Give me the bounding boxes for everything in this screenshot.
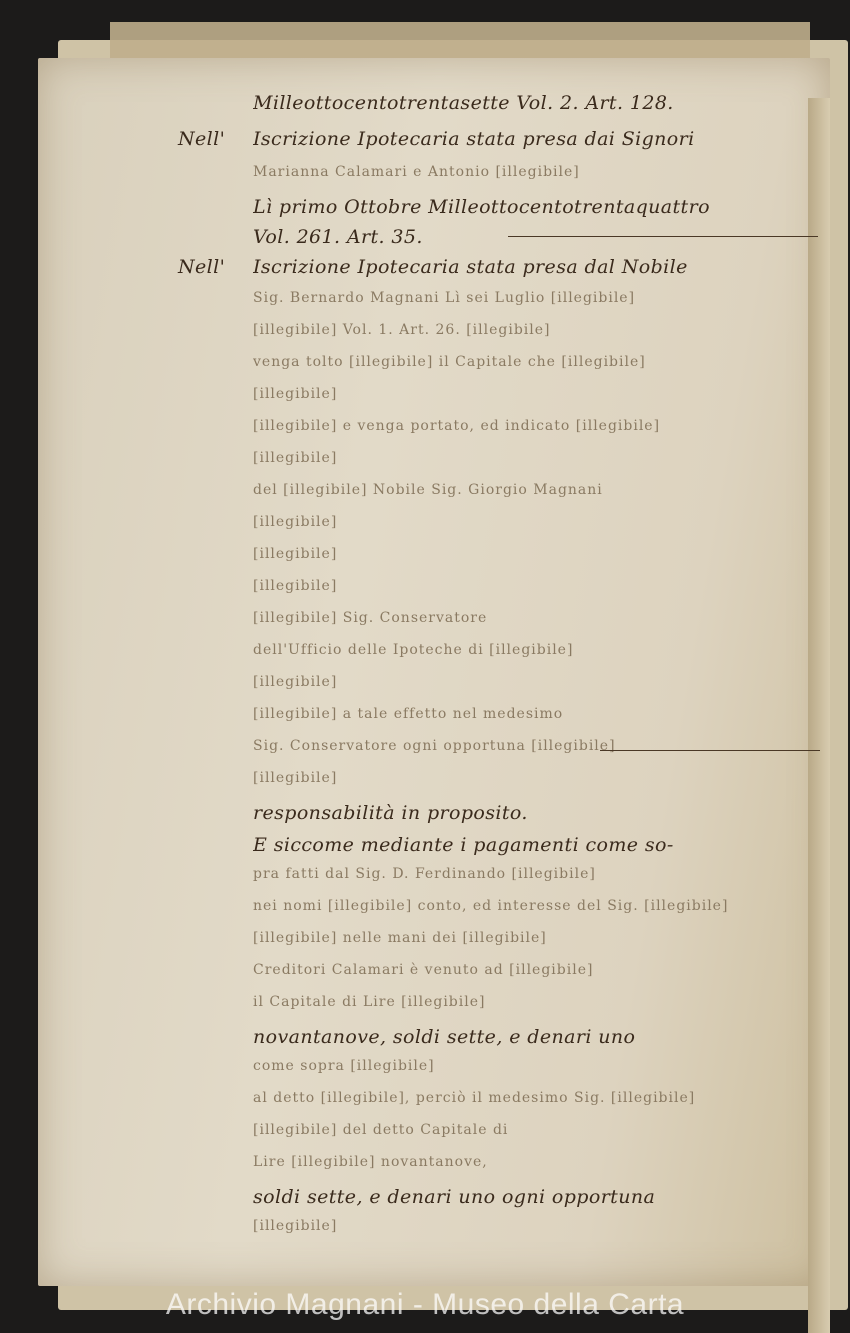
manuscript-line: Vol. 261. Art. 35. <box>38 226 830 256</box>
manuscript-line: Nell'Iscrizione Ipotecaria stata presa d… <box>38 256 830 286</box>
top-paper-strip <box>110 22 810 62</box>
line-text: [illegibile] <box>253 674 826 690</box>
ruled-line <box>508 236 818 237</box>
manuscript-line: Marianna Calamari e Antonio [illegibile] <box>38 164 830 194</box>
manuscript-line: [illegibile] <box>38 674 830 704</box>
line-text: Creditori Calamari è venuto ad [illegibi… <box>253 962 826 978</box>
line-text: del [illegibile] Nobile Sig. Giorgio Mag… <box>253 482 826 498</box>
line-text: Lì primo Ottobre Milleottocentotrentaqua… <box>253 196 826 218</box>
manuscript-line: come sopra [illegibile] <box>38 1058 830 1088</box>
ruled-line <box>600 750 820 751</box>
line-text: dell'Ufficio delle Ipoteche di [illegibi… <box>253 642 826 658</box>
archive-watermark: Archivio Magnani - Museo della Carta <box>0 1288 850 1322</box>
line-text: Iscrizione Ipotecaria stata presa dai Si… <box>253 128 826 150</box>
manuscript-line: al detto [illegibile], perciò il medesim… <box>38 1090 830 1120</box>
manuscript-line: E siccome mediante i pagamenti come so- <box>38 834 830 864</box>
line-text: pra fatti dal Sig. D. Ferdinando [illegi… <box>253 866 826 882</box>
manuscript-line: dell'Ufficio delle Ipoteche di [illegibi… <box>38 642 830 672</box>
line-text: come sopra [illegibile] <box>253 1058 826 1074</box>
line-text: E siccome mediante i pagamenti come so- <box>253 834 826 856</box>
line-text: Marianna Calamari e Antonio [illegibile] <box>253 164 826 180</box>
manuscript-line: Milleottocentotrentasette Vol. 2. Art. 1… <box>38 92 830 122</box>
line-text: [illegibile] <box>253 450 826 466</box>
manuscript-line: Creditori Calamari è venuto ad [illegibi… <box>38 962 830 992</box>
line-text: Sig. Conservatore ogni opportuna [illegi… <box>253 738 826 754</box>
manuscript-line: [illegibile] a tale effetto nel medesimo <box>38 706 830 736</box>
line-text: [illegibile] del detto Capitale di <box>253 1122 826 1138</box>
manuscript-line: [illegibile] <box>38 386 830 416</box>
line-text: Iscrizione Ipotecaria stata presa dal No… <box>253 256 826 278</box>
manuscript-line: novantanove, soldi sette, e denari uno <box>38 1026 830 1056</box>
line-text: [illegibile] <box>253 514 826 530</box>
manuscript-line: Sig. Conservatore ogni opportuna [illegi… <box>38 738 830 768</box>
line-text: [illegibile] <box>253 1218 826 1234</box>
manuscript-line: [illegibile] Vol. 1. Art. 26. [illegibil… <box>38 322 830 352</box>
manuscript-line: [illegibile] <box>38 514 830 544</box>
manuscript-line: del [illegibile] Nobile Sig. Giorgio Mag… <box>38 482 830 512</box>
line-text: novantanove, soldi sette, e denari uno <box>253 1026 826 1048</box>
line-text: [illegibile] Vol. 1. Art. 26. [illegibil… <box>253 322 826 338</box>
line-text: Sig. Bernardo Magnani Lì sei Luglio [ill… <box>253 290 826 306</box>
line-text: [illegibile] a tale effetto nel medesimo <box>253 706 826 722</box>
line-text: soldi sette, e denari uno ogni opportuna <box>253 1186 826 1208</box>
line-text: Milleottocentotrentasette Vol. 2. Art. 1… <box>253 92 826 114</box>
manuscript-line: il Capitale di Lire [illegibile] <box>38 994 830 1024</box>
line-text: al detto [illegibile], perciò il medesim… <box>253 1090 826 1106</box>
line-text: [illegibile] <box>253 386 826 402</box>
line-text: Vol. 261. Art. 35. <box>253 226 826 248</box>
line-text: [illegibile] e venga portato, ed indicat… <box>253 418 826 434</box>
margin-heading: Nell' <box>178 128 258 150</box>
line-text: [illegibile] <box>253 770 826 786</box>
manuscript-line: nei nomi [illegibile] conto, ed interess… <box>38 898 830 928</box>
manuscript-line: Nell'Iscrizione Ipotecaria stata presa d… <box>38 128 830 158</box>
manuscript-line: Lire [illegibile] novantanove, <box>38 1154 830 1184</box>
line-text: [illegibile] Sig. Conservatore <box>253 610 826 626</box>
line-text: [illegibile] nelle mani dei [illegibile] <box>253 930 826 946</box>
manuscript-line: pra fatti dal Sig. D. Ferdinando [illegi… <box>38 866 830 896</box>
manuscript-line: venga tolto [illegibile] il Capitale che… <box>38 354 830 384</box>
line-text: Lire [illegibile] novantanove, <box>253 1154 826 1170</box>
margin-heading: Nell' <box>178 256 258 278</box>
line-text: venga tolto [illegibile] il Capitale che… <box>253 354 826 370</box>
manuscript-line: [illegibile] nelle mani dei [illegibile] <box>38 930 830 960</box>
manuscript-line: [illegibile] Sig. Conservatore <box>38 610 830 640</box>
line-text: nei nomi [illegibile] conto, ed interess… <box>253 898 826 914</box>
manuscript-page: Milleottocentotrentasette Vol. 2. Art. 1… <box>38 58 830 1286</box>
manuscript-line: [illegibile] <box>38 770 830 800</box>
line-text: il Capitale di Lire [illegibile] <box>253 994 826 1010</box>
manuscript-line: [illegibile] <box>38 578 830 608</box>
manuscript-line: [illegibile] <box>38 546 830 576</box>
manuscript-line: responsabilità in proposito. <box>38 802 830 832</box>
line-text: [illegibile] <box>253 578 826 594</box>
manuscript-line: [illegibile] e venga portato, ed indicat… <box>38 418 830 448</box>
manuscript-line: [illegibile] del detto Capitale di <box>38 1122 830 1152</box>
manuscript-line: Lì primo Ottobre Milleottocentotrentaqua… <box>38 196 830 226</box>
manuscript-line: [illegibile] <box>38 450 830 480</box>
line-text: [illegibile] <box>253 546 826 562</box>
manuscript-line: [illegibile] <box>38 1218 830 1248</box>
manuscript-line: Sig. Bernardo Magnani Lì sei Luglio [ill… <box>38 290 830 320</box>
line-text: responsabilità in proposito. <box>253 802 826 824</box>
manuscript-line: soldi sette, e denari uno ogni opportuna <box>38 1186 830 1216</box>
